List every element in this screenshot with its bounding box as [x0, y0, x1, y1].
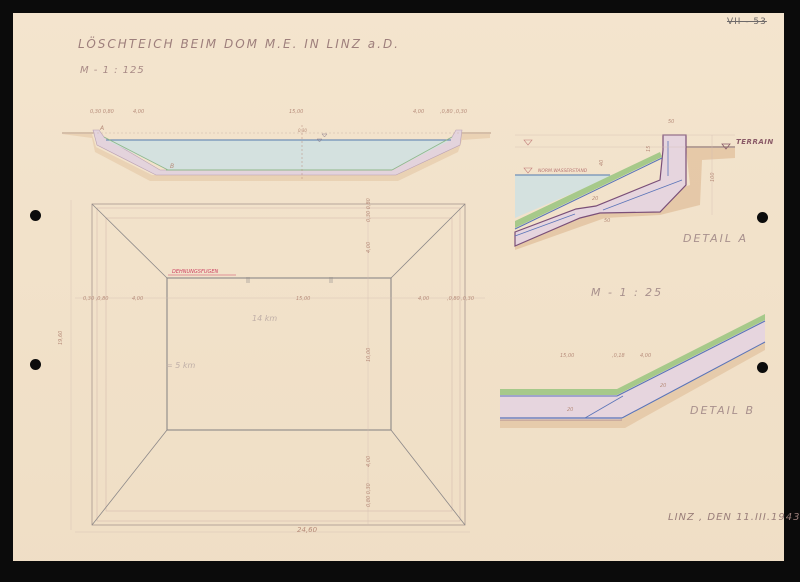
svg-text:50: 50: [668, 119, 674, 125]
svg-text:20: 20: [660, 383, 666, 389]
detail-b-label: DETAIL B: [690, 404, 755, 417]
svg-text:4,00: 4,00: [418, 296, 429, 302]
water-level-label: NORM.WASSERSTAND: [538, 168, 588, 174]
place-date: LINZ , DEN 11.III.1943: [668, 512, 800, 523]
svg-text:4,00: 4,00: [366, 242, 372, 253]
svg-text:0,30 0,80: 0,30 0,80: [366, 198, 372, 222]
svg-text:4,00: 4,00: [133, 109, 144, 115]
svg-text:19,60: 19,60: [58, 331, 64, 345]
svg-text:15,00: 15,00: [296, 296, 310, 302]
svg-text:,0,80 ,0,30: ,0,80 ,0,30: [447, 296, 474, 302]
archive-number: VII - 53: [727, 17, 767, 27]
detail-a-label: DETAIL A: [683, 232, 748, 245]
svg-text:4,00: 4,00: [132, 296, 143, 302]
svg-text:10,00: 10,00: [366, 348, 372, 362]
expansion-joints-label: DEHNUNGSFUGEN: [172, 269, 219, 275]
main-scale: M - 1 : 125: [80, 65, 145, 76]
svg-text:0,30: 0,30: [298, 128, 307, 133]
svg-text:24,60: 24,60: [297, 526, 318, 534]
point-a-label: A: [99, 125, 104, 132]
point-b-label: B: [170, 163, 174, 170]
cross-section: A B 0,30 0,80 4,00 15,00 4,00 ,0,80 ,0,3…: [62, 109, 491, 181]
pencil-note-1: 14 km: [252, 314, 277, 323]
svg-text:50: 50: [604, 218, 610, 224]
terrain-label: TERRAIN: [736, 138, 774, 146]
svg-text:4,00: 4,00: [366, 456, 372, 467]
svg-text:0,30 0,80: 0,30 0,80: [90, 109, 114, 115]
svg-text:20: 20: [567, 407, 573, 413]
svg-text:0,30 ,0,80: 0,30 ,0,80: [83, 296, 108, 302]
svg-text:,0,18: ,0,18: [612, 353, 625, 359]
svg-text:20: 20: [592, 196, 598, 202]
drawing-title: LÖSCHTEICH BEIM DOM M.E. IN LINZ a.D.: [78, 37, 400, 51]
pencil-note-2: = 5 km: [166, 361, 196, 370]
svg-text:0,80 0,30: 0,80 0,30: [366, 483, 372, 507]
svg-text:4,00: 4,00: [640, 353, 651, 359]
plan-view: [71, 200, 485, 532]
svg-text:15,00: 15,00: [560, 353, 574, 359]
svg-text:15: 15: [646, 146, 652, 152]
technical-drawing: A B 0,30 0,80 4,00 15,00 4,00 ,0,80 ,0,3…: [0, 0, 800, 582]
svg-text:4,00: 4,00: [413, 109, 424, 115]
svg-text:100: 100: [710, 172, 716, 182]
detail-scale: M - 1 : 25: [591, 286, 663, 299]
detail-a-drawing: NORM.WASSERSTAND 50 15 40 100 20 50: [515, 119, 735, 250]
svg-text:15,00: 15,00: [289, 109, 303, 115]
svg-text:,0,80 ,0,30: ,0,80 ,0,30: [440, 109, 467, 115]
svg-text:40: 40: [599, 160, 605, 166]
